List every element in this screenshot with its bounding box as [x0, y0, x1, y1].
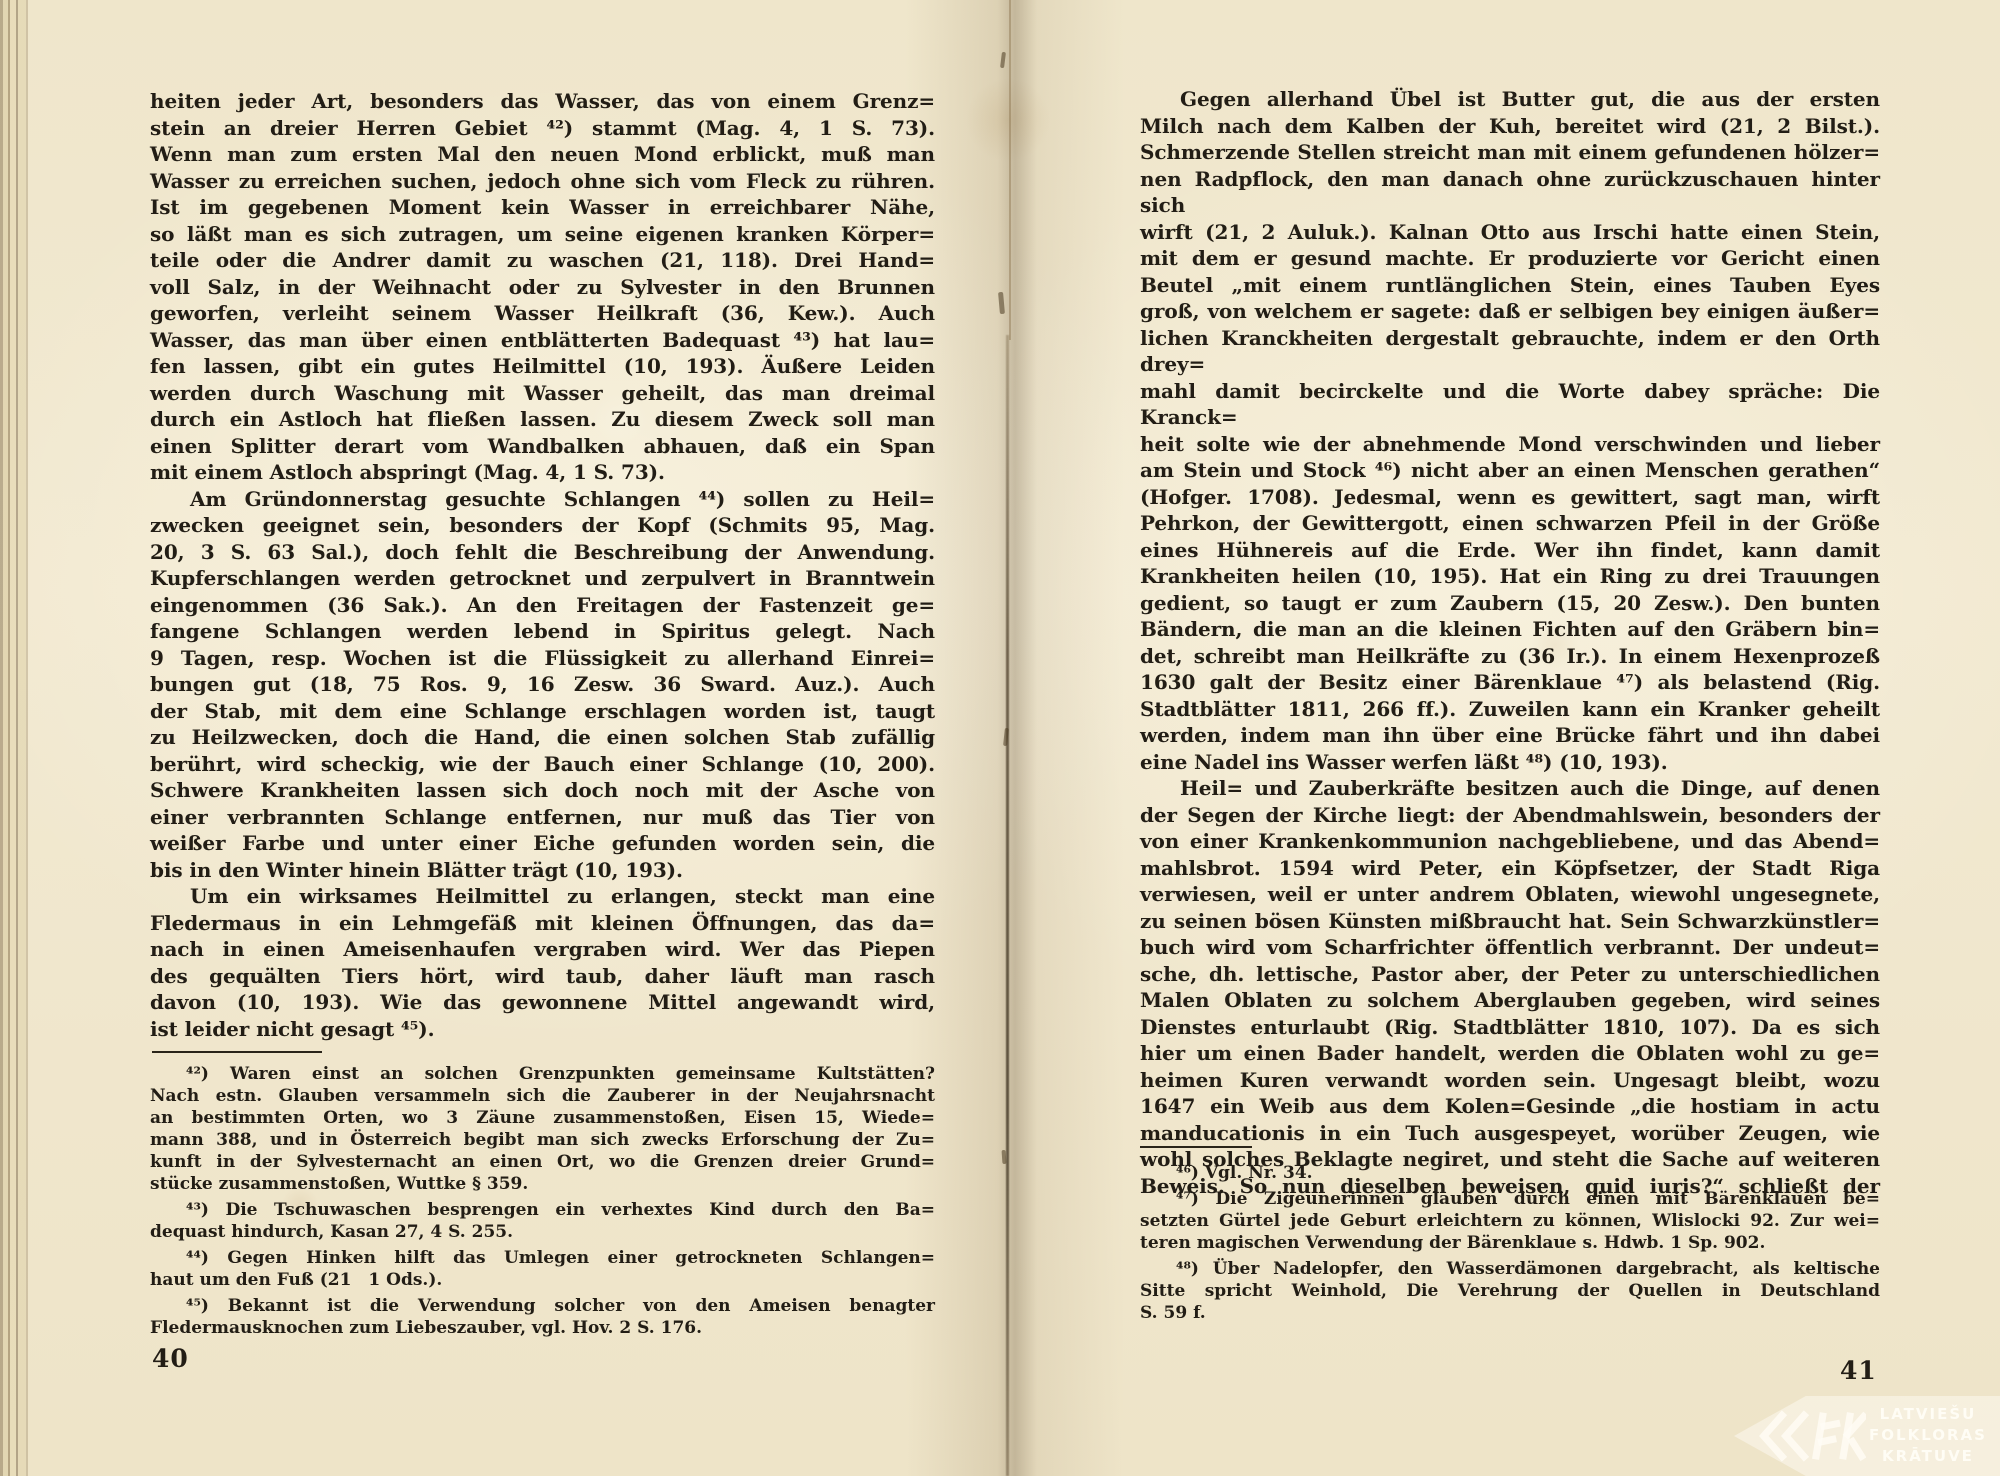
- page-number-left: 40: [152, 1344, 189, 1373]
- text-line: Wenn man zum ersten Mal den neuen Mond e…: [150, 141, 935, 168]
- watermark-line: KRĀTUVE: [1862, 1446, 1994, 1467]
- text-line: durch ein Astloch hat fließen lassen. Zu…: [150, 406, 935, 433]
- text-line: heit solte wie der abnehmende Mond versc…: [1140, 431, 1880, 458]
- text-line: eingenommen (36 Sak.). An den Freitagen …: [150, 592, 935, 619]
- gutter-crease: [1006, 335, 1009, 1476]
- footnote-43: ⁴³) Die Tschuwaschen besprengen ein verh…: [150, 1199, 935, 1243]
- text-line: zu Heilzwecken, doch die Hand, die einen…: [150, 724, 935, 751]
- text-line: von einer Krankenkommunion nachgeblieben…: [1140, 828, 1880, 855]
- text-line: Schmerzende Stellen streicht man mit ein…: [1140, 139, 1880, 166]
- book-gutter-shadow: [905, 0, 1125, 1476]
- text-line: groß, von welchem er sagete: daß er selb…: [1140, 298, 1880, 325]
- text-line: teile oder die Andrer damit zu waschen (…: [150, 247, 935, 274]
- text-line: Kupferschlangen werden getrocknet und ze…: [150, 565, 935, 592]
- text-line: Heil= und Zauberkräfte besitzen auch die…: [1140, 775, 1880, 802]
- text-line: heimen Kuren verwandt worden sein. Unges…: [1140, 1067, 1880, 1094]
- text-line: Gegen allerhand Übel ist Butter gut, die…: [1140, 86, 1880, 113]
- text-line: Malen Oblaten zu solchem Aberglauben geg…: [1140, 987, 1880, 1014]
- text-line: hier um einen Bader handelt, werden die …: [1140, 1040, 1880, 1067]
- text-line: einen Splitter derart vom Wandbalken abh…: [150, 433, 935, 460]
- text-line: eines Hühnereis auf die Erde. Wer ihn fi…: [1140, 537, 1880, 564]
- text-line: S. 59 f.: [1140, 1302, 1880, 1324]
- text-line: setzten Gürtel jede Geburt erleichtern z…: [1140, 1210, 1880, 1232]
- text-line: mahl damit becirckelte und die Worte dab…: [1140, 378, 1880, 431]
- text-line: so läßt man es sich zutragen, um seine e…: [150, 221, 935, 248]
- text-line: Nach estn. Glauben versammeln sich die Z…: [150, 1085, 935, 1107]
- text-line: des gequälten Tiers hört, wird taub, dah…: [150, 963, 935, 990]
- text-line: Um ein wirksames Heilmittel zu erlangen,…: [150, 883, 935, 910]
- text-line: lichen Kranckheiten dergestalt gebraucht…: [1140, 325, 1880, 378]
- text-line: geworfen, verleiht seinem Wasser Heilkra…: [150, 300, 935, 327]
- text-line: weißer Farbe und unter einer Eiche gefun…: [150, 830, 935, 857]
- text-line: der Stab, mit dem eine Schlange erschlag…: [150, 698, 935, 725]
- page-left: heiten jeder Art, besonders das Wasser, …: [150, 0, 935, 1476]
- text-line: Am Gründonnerstag gesuchte Schlangen ⁴⁴)…: [150, 486, 935, 513]
- text-line: mit dem er gesund machte. Er produzierte…: [1140, 245, 1880, 272]
- text-line: 9 Tagen, resp. Wochen ist die Flüssigkei…: [150, 645, 935, 672]
- text-line: fen lassen, gibt ein gutes Heilmittel (1…: [150, 353, 935, 380]
- text-line: bis in den Winter hinein Blätter trägt (…: [150, 857, 935, 884]
- text-line: haut um den Fuß (21 1 Ods.).: [150, 1269, 935, 1291]
- text-line: stein an dreier Herren Gebiet ⁴²) stammt…: [150, 115, 935, 142]
- text-line: 1630 galt der Besitz einer Bärenklaue ⁴⁷…: [1140, 669, 1880, 696]
- text-line: ⁴⁶) Vgl. Nr. 34.: [1140, 1162, 1880, 1184]
- text-line: fangene Schlangen werden lebend in Spiri…: [150, 618, 935, 645]
- text-line: teren magischen Verwendung der Bärenklau…: [1140, 1232, 1880, 1254]
- page-number-right: 41: [1840, 1356, 1877, 1385]
- text-line: Ist im gegebenen Moment kein Wasser in e…: [150, 194, 935, 221]
- text-line: Wasser zu erreichen suchen, jedoch ohne …: [150, 168, 935, 195]
- gutter-crease-top: [1009, 0, 1011, 340]
- text-line: ⁴³) Die Tschuwaschen besprengen ein verh…: [150, 1199, 935, 1221]
- text-line: verwiesen, weil er unter andrem Oblaten,…: [1140, 881, 1880, 908]
- footnote-44: ⁴⁴) Gegen Hinken hilft das Umlegen einer…: [150, 1247, 935, 1291]
- footnote-45: ⁴⁵) Bekannt ist die Verwendung solcher v…: [150, 1295, 935, 1339]
- text-line: stücke zusammenstoßen, Wuttke § 359.: [150, 1173, 935, 1195]
- page-right: Gegen allerhand Übel ist Butter gut, die…: [1140, 0, 1880, 1476]
- footnote-47: ⁴⁷) Die Zigeunerinnen glauben durch eine…: [1140, 1188, 1880, 1254]
- left-footnotes: ⁴²) Waren einst an solchen Grenzpunkten …: [150, 1063, 935, 1343]
- text-line: 20, 3 S. 63 Sal.), doch fehlt die Beschr…: [150, 539, 935, 566]
- footnote-separator-left: [152, 1051, 322, 1053]
- footnote-42: ⁴²) Waren einst an solchen Grenzpunkten …: [150, 1063, 935, 1195]
- text-line: ⁴⁵) Bekannt ist die Verwendung solcher v…: [150, 1295, 935, 1317]
- book-scan: heiten jeder Art, besonders das Wasser, …: [0, 0, 2000, 1476]
- text-line: Wasser, das man über einen entblätterten…: [150, 327, 935, 354]
- text-line: davon (10, 193). Wie das gewonnene Mitte…: [150, 989, 935, 1016]
- footnote-separator-right: [1140, 1146, 1252, 1148]
- footnote-46: ⁴⁶) Vgl. Nr. 34.: [1140, 1162, 1880, 1184]
- text-line: wirft (21, 2 Auluk.). Kalnan Otto aus Ir…: [1140, 219, 1880, 246]
- text-line: mahlsbrot. 1594 wird Peter, ein Köpfsetz…: [1140, 855, 1880, 882]
- text-line: Pehrkon, der Gewittergott, einen schwarz…: [1140, 510, 1880, 537]
- watermark-text: LATVIEŠU FOLKLORAS KRĀTUVE: [1862, 1404, 1994, 1467]
- text-line: zu seinen bösen Künsten mißbraucht hat. …: [1140, 908, 1880, 935]
- text-line: eine Nadel ins Wasser werfen läßt ⁴⁸) (1…: [1140, 749, 1880, 776]
- text-line: bungen gut (18, 75 Ros. 9, 16 Zesw. 36 S…: [150, 671, 935, 698]
- text-line: ⁴⁴) Gegen Hinken hilft das Umlegen einer…: [150, 1247, 935, 1269]
- paragraph-butter-stone: Gegen allerhand Übel ist Butter gut, die…: [1140, 86, 1880, 775]
- text-line: ist leider nicht gesagt ⁴⁵).: [150, 1016, 935, 1043]
- left-main-text: heiten jeder Art, besonders das Wasser, …: [150, 88, 935, 1042]
- text-line: einer verbrannten Schlange entfernen, nu…: [150, 804, 935, 831]
- text-line: voll Salz, in der Weihnacht oder zu Sylv…: [150, 274, 935, 301]
- watermark-line: LATVIEŠU: [1862, 1404, 1994, 1425]
- text-line: nen Radpflock, den man danach ohne zurüc…: [1140, 166, 1880, 219]
- text-line: Fledermausknochen zum Liebeszauber, vgl.…: [150, 1317, 935, 1339]
- text-line: Bändern, die man an die kleinen Fichten …: [1140, 616, 1880, 643]
- text-line: kunft in der Sylvesternacht an einen Ort…: [150, 1151, 935, 1173]
- paragraph-snakes: Am Gründonnerstag gesuchte Schlangen ⁴⁴)…: [150, 486, 935, 884]
- text-line: mit einem Astloch abspringt (Mag. 4, 1 S…: [150, 459, 935, 486]
- text-line: Schwere Krankheiten lassen sich doch noc…: [150, 777, 935, 804]
- text-line: gedient, so taugt er zum Zaubern (15, 20…: [1140, 590, 1880, 617]
- text-line: sche, dh. lettische, Pastor aber, der Pe…: [1140, 961, 1880, 988]
- text-line: Beutel „mit einem runtlänglichen Stein, …: [1140, 272, 1880, 299]
- text-line: mann 388, und in Österreich begibt man s…: [150, 1129, 935, 1151]
- text-line: Fledermaus in ein Lehmgefäß mit kleinen …: [150, 910, 935, 937]
- text-line: ⁴⁷) Die Zigeunerinnen glauben durch eine…: [1140, 1188, 1880, 1210]
- text-line: Stadtblätter 1811, 266 ff.). Zuweilen ka…: [1140, 696, 1880, 723]
- text-line: am Stein und Stock ⁴⁶) nicht aber an ein…: [1140, 457, 1880, 484]
- text-line: an bestimmten Orten, wo 3 Zäune zusammen…: [150, 1107, 935, 1129]
- text-line: det, schreibt man Heilkräfte zu (36 Ir.)…: [1140, 643, 1880, 670]
- watermark-line: FOLKLORAS: [1862, 1425, 1994, 1446]
- paragraph-water-magic: heiten jeder Art, besonders das Wasser, …: [150, 88, 935, 486]
- text-line: heiten jeder Art, besonders das Wasser, …: [150, 88, 935, 115]
- text-line: nach in einen Ameisenhaufen vergraben wi…: [150, 936, 935, 963]
- text-line: (Hofger. 1708). Jedesmal, wenn es gewitt…: [1140, 484, 1880, 511]
- right-main-text: Gegen allerhand Übel ist Butter gut, die…: [1140, 86, 1880, 1199]
- text-line: Krankheiten heilen (10, 195). Hat ein Ri…: [1140, 563, 1880, 590]
- right-footnotes: ⁴⁶) Vgl. Nr. 34.⁴⁷) Die Zigeunerinnen gl…: [1140, 1162, 1880, 1328]
- text-line: Dienstes enturlaubt (Rig. Stadtblätter 1…: [1140, 1014, 1880, 1041]
- text-line: zwecken geeignet sein, besonders der Kop…: [150, 512, 935, 539]
- text-line: werden, indem man ihn über eine Brücke f…: [1140, 722, 1880, 749]
- text-line: ⁴²) Waren einst an solchen Grenzpunkten …: [150, 1063, 935, 1085]
- text-line: berührt, wird scheckig, wie der Bauch ei…: [150, 751, 935, 778]
- text-line: der Segen der Kirche liegt: der Abendmah…: [1140, 802, 1880, 829]
- text-line: Milch nach dem Kalben der Kuh, bereitet …: [1140, 113, 1880, 140]
- text-line: 1647 ein Weib aus dem Kolen=Gesinde „die…: [1140, 1093, 1880, 1120]
- text-line: dequast hindurch, Kasan 27, 4 S. 255.: [150, 1221, 935, 1243]
- paragraph-church-things: Heil= und Zauberkräfte besitzen auch die…: [1140, 775, 1880, 1199]
- text-line: ⁴⁸) Über Nadelopfer, den Wasserdämonen d…: [1140, 1258, 1880, 1280]
- page-edge-lines: [0, 0, 34, 1476]
- footnote-48: ⁴⁸) Über Nadelopfer, den Wasserdämonen d…: [1140, 1258, 1880, 1324]
- text-line: manducationis in ein Tuch ausgespeyet, w…: [1140, 1120, 1880, 1147]
- paragraph-bat-remedy: Um ein wirksames Heilmittel zu erlangen,…: [150, 883, 935, 1042]
- text-line: buch wird vom Scharfrichter öffentlich v…: [1140, 934, 1880, 961]
- text-line: werden durch Waschung mit Wasser geheilt…: [150, 380, 935, 407]
- text-line: Sitte spricht Weinhold, Die Verehrung de…: [1140, 1280, 1880, 1302]
